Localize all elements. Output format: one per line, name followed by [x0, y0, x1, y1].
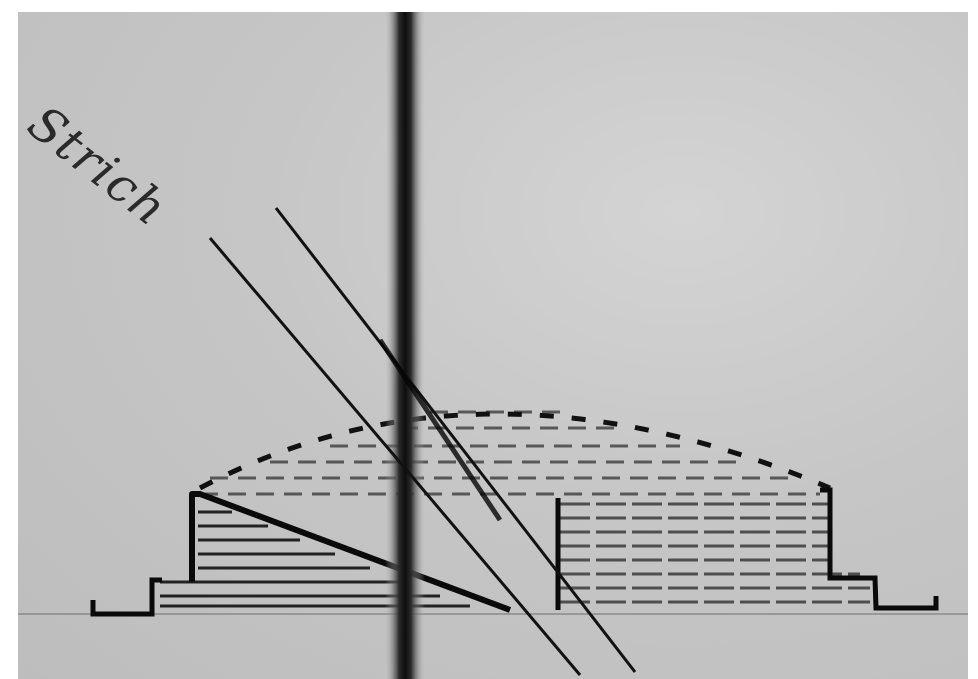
left-step-bracket [93, 580, 162, 614]
sketch-drawing [0, 0, 978, 679]
diagonal-line-right [276, 208, 635, 672]
dome-hatching [200, 412, 820, 494]
rectangle-hatching [560, 504, 870, 602]
paper-fold [385, 12, 425, 679]
right-step-bracket [820, 490, 936, 608]
scan-page: Strich [0, 0, 978, 679]
triangle-outline [192, 494, 510, 610]
